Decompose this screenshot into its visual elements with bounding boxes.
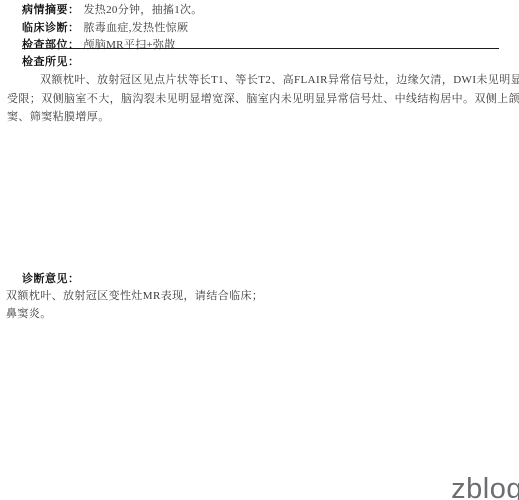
field-label-clinical-diagnosis: 临床诊断： bbox=[22, 22, 80, 34]
watermark-zblog: zblog bbox=[451, 475, 519, 500]
impression-line: 鼻窦炎。 bbox=[6, 306, 511, 324]
header-divider-line bbox=[22, 48, 499, 49]
field-row-summary: 病情摘要：发热20分钟，抽搐1次。 bbox=[22, 2, 509, 20]
impression-line: 双额枕叶、放射冠区变性灶MR表现，请结合临床； bbox=[6, 288, 511, 306]
report-header-fields: 病情摘要：发热20分钟，抽搐1次。 临床诊断：脓毒血症,发热性惊厥 检查部位：颅… bbox=[22, 2, 509, 55]
field-value-exam-region: 颅脑MR平扫+弥散 bbox=[84, 39, 176, 51]
field-row-clinical-diagnosis: 临床诊断：脓毒血症,发热性惊厥 bbox=[22, 20, 509, 38]
impression-paragraph: 双额枕叶、放射冠区变性灶MR表现，请结合临床； 鼻窦炎。 bbox=[6, 288, 511, 323]
findings-line: 双额枕叶、放射冠区见点片状等长T1、等长T2、高FLAIR异常信号灶，边缘欠清，… bbox=[7, 71, 509, 90]
findings-line: 窦、筛窦粘膜增厚。 bbox=[7, 108, 509, 127]
findings-paragraph: 双额枕叶、放射冠区见点片状等长T1、等长T2、高FLAIR异常信号灶，边缘欠清，… bbox=[7, 71, 509, 127]
field-row-exam-region: 检查部位：颅脑MR平扫+弥散 bbox=[22, 37, 509, 55]
field-label-exam-region: 检查部位： bbox=[22, 39, 80, 51]
impression-heading: 诊断意见： bbox=[22, 270, 80, 286]
field-value-clinical-diagnosis: 脓毒血症,发热性惊厥 bbox=[84, 22, 189, 34]
findings-heading: 检查所见： bbox=[22, 53, 80, 69]
field-label-summary: 病情摘要： bbox=[22, 4, 80, 16]
findings-line: 受限；双侧脑室不大，脑沟裂未见明显增宽深、脑室内未见明显异常信号灶、中线结构居中… bbox=[7, 90, 509, 109]
report-page: 病情摘要：发热20分钟，抽搐1次。 临床诊断：脓毒血症,发热性惊厥 检查部位：颅… bbox=[0, 0, 519, 500]
field-value-summary: 发热20分钟，抽搐1次。 bbox=[84, 4, 203, 16]
